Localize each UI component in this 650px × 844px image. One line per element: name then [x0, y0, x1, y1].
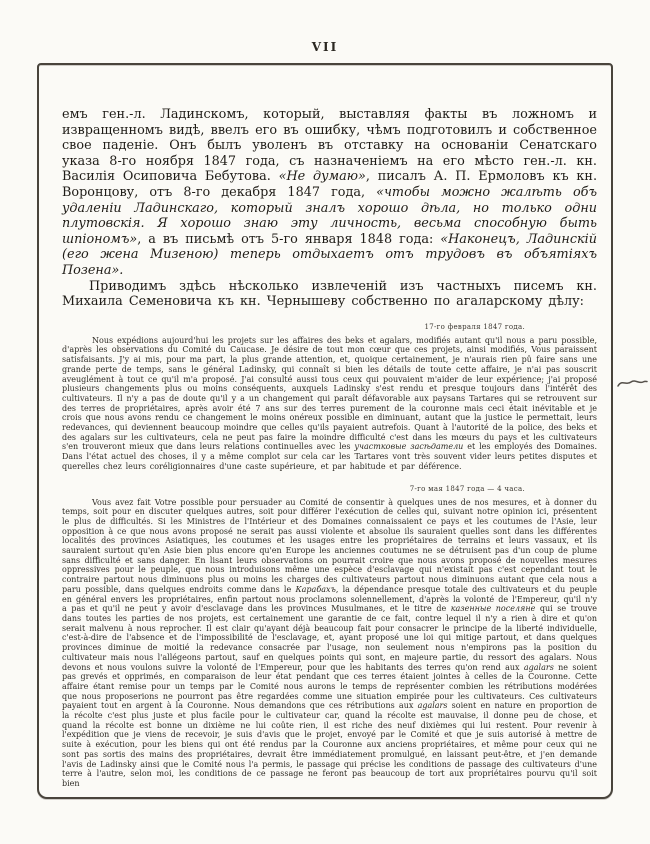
page-number: VII	[0, 40, 650, 54]
letter-2-date: 7-го мая 1847 года — 4 часа.	[62, 485, 597, 493]
letter-excerpt-1: 17-го февраля 1847 года. Nous expédions …	[62, 323, 597, 472]
opening-paragraph: емъ ген.-л. Ладинскомъ, который, выставл…	[62, 107, 597, 279]
letter-1-body: Nous expédions aujourd'hui les projets s…	[62, 336, 597, 472]
page-frame: емъ ген.-л. Ладинскомъ, который, выставл…	[37, 63, 613, 799]
letter-2-body: Vous avez fait Votre possible pour persu…	[62, 498, 597, 789]
intro-paragraph: Приводимъ здѣсь нѣсколько извлеченій изъ…	[62, 279, 597, 310]
letter-1-date: 17-го февраля 1847 года.	[62, 323, 597, 331]
text-block: емъ ген.-л. Ладинскомъ, который, выставл…	[62, 65, 597, 789]
letter-excerpt-2: 7-го мая 1847 года — 4 часа. Vous avez f…	[62, 485, 597, 789]
margin-pen-mark-icon	[617, 377, 648, 391]
